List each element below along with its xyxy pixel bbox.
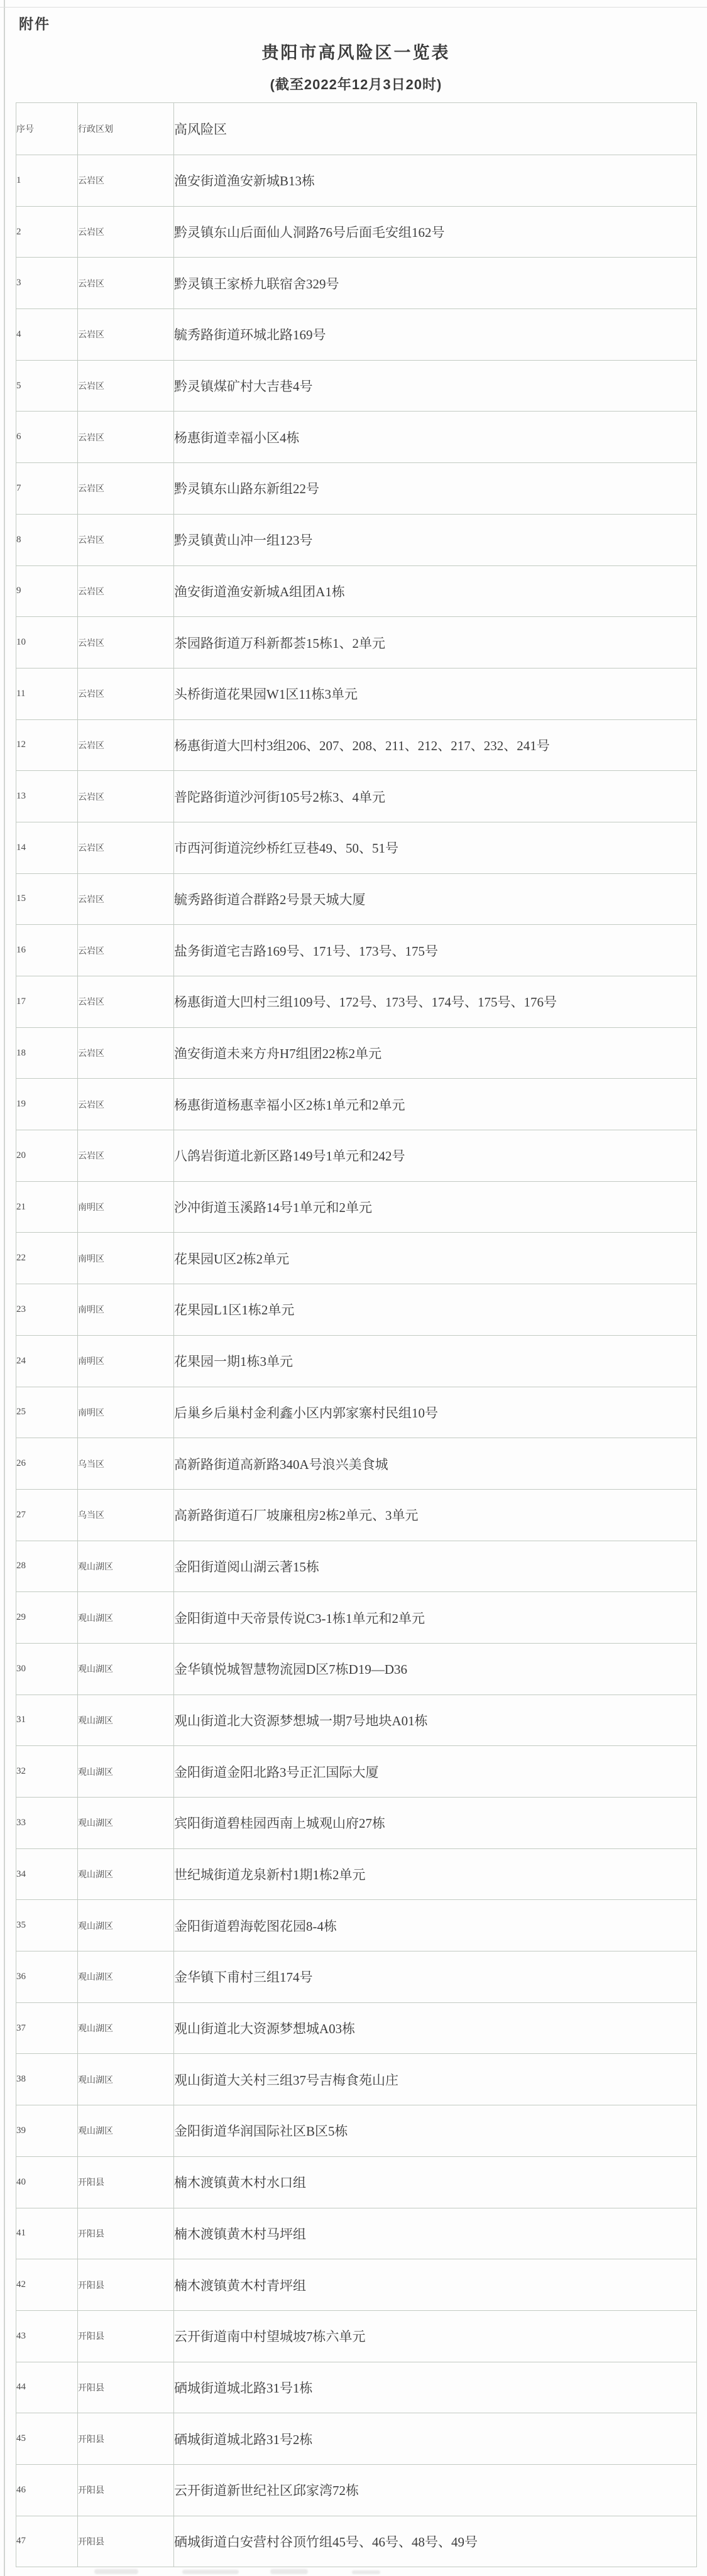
row-district-cell: 云岩区 [78, 668, 174, 719]
row-area-cell: 金阳街道华润国际社区B区5栋 [174, 2105, 697, 2157]
row-index-cell: 2 [16, 206, 78, 258]
table-row: 43开阳县云开街道南中村望城坡7栋六单元 [16, 2310, 697, 2362]
row-index-cell: 9 [16, 565, 78, 617]
row-index-cell: 14 [16, 822, 78, 873]
table-row: 47开阳县硒城街道白安营村谷顶竹组45号、46号、48号、49号 [16, 2516, 697, 2567]
row-district-cell: 云岩区 [78, 258, 174, 309]
table-row: 44开阳县硒城街道城北路31号1栋 [16, 2362, 697, 2413]
table-row: 39观山湖区金阳街道华润国际社区B区5栋 [16, 2105, 697, 2157]
table-row: 8云岩区黔灵镇黄山冲一组123号 [16, 514, 697, 565]
row-index-cell: 41 [16, 2208, 78, 2259]
column-header-district: 行政区划 [78, 103, 174, 155]
row-district-cell: 云岩区 [78, 565, 174, 617]
row-index-cell: 43 [16, 2310, 78, 2362]
row-index-cell: 22 [16, 1233, 78, 1284]
row-index-cell: 36 [16, 1951, 78, 2003]
row-area-cell: 世纪城街道龙泉新村1期1栋2单元 [174, 1848, 697, 1900]
row-district-cell: 云岩区 [78, 1079, 174, 1130]
row-area-cell: 金阳街道阅山湖云著15栋 [174, 1541, 697, 1592]
table-row: 11云岩区头桥街道花果园W1区11栋3单元 [16, 668, 697, 719]
row-district-cell: 南明区 [78, 1233, 174, 1284]
row-index-cell: 27 [16, 1489, 78, 1541]
table-row: 37观山湖区观山街道北大资源梦想城A03栋 [16, 2002, 697, 2054]
row-index-cell: 31 [16, 1695, 78, 1746]
row-area-cell: 高新路街道石厂坡廉租房2栋2单元、3单元 [174, 1489, 697, 1541]
row-index-cell: 5 [16, 360, 78, 412]
row-district-cell: 观山湖区 [78, 2054, 174, 2105]
row-district-cell: 开阳县 [78, 2413, 174, 2465]
row-area-cell: 渔安街道渔安新城B13栋 [174, 155, 697, 207]
row-district-cell: 南明区 [78, 1387, 174, 1438]
title-container: 贵阳市高风险区一览表 [16, 39, 696, 63]
table-row: 15云岩区毓秀路街道合群路2号景天城大厦 [16, 873, 697, 925]
table-row: 21南明区沙冲街道玉溪路14号1单元和2单元 [16, 1181, 697, 1233]
row-district-cell: 云岩区 [78, 976, 174, 1028]
row-index-cell: 32 [16, 1746, 78, 1798]
row-index-cell: 45 [16, 2413, 78, 2465]
table-row: 25南明区后巢乡后巢村金利鑫小区内郭家寨村民组10号 [16, 1387, 697, 1438]
row-district-cell: 云岩区 [78, 360, 174, 412]
table-row: 41开阳县楠木渡镇黄木村马坪组 [16, 2208, 697, 2259]
row-district-cell: 开阳县 [78, 2310, 174, 2362]
row-area-cell: 渔安街道未来方舟H7组团22栋2单元 [174, 1027, 697, 1079]
row-area-cell: 盐务街道宅吉路169号、171号、173号、175号 [174, 925, 697, 976]
row-area-cell: 宾阳街道碧桂园西南上城观山府27栋 [174, 1798, 697, 1849]
row-area-cell: 黔灵镇东山路东新组22号 [174, 463, 697, 515]
row-index-cell: 39 [16, 2105, 78, 2157]
table-header-row: 序号 行政区划 高风险区 [16, 103, 697, 155]
row-district-cell: 观山湖区 [78, 1900, 174, 1951]
column-header-index: 序号 [16, 103, 78, 155]
row-area-cell: 花果园U区2栋2单元 [174, 1233, 697, 1284]
row-index-cell: 24 [16, 1335, 78, 1387]
row-area-cell: 金华镇下甫村三组174号 [174, 1951, 697, 2003]
row-district-cell: 云岩区 [78, 206, 174, 258]
row-district-cell: 云岩区 [78, 155, 174, 207]
attachment-label: 附件 [19, 13, 50, 33]
row-area-cell: 金阳街道金阳北路3号正汇国际大厦 [174, 1746, 697, 1798]
row-index-cell: 40 [16, 2156, 78, 2208]
table-row: 27乌当区高新路街道石厂坡廉租房2栋2单元、3单元 [16, 1489, 697, 1541]
row-area-cell: 高新路街道高新路340A号浪兴美食城 [174, 1438, 697, 1490]
table-row: 38观山湖区观山街道大关村三组37号吉梅食苑山庄 [16, 2054, 697, 2105]
row-district-cell: 云岩区 [78, 412, 174, 463]
row-area-cell: 云开街道南中村望城坡7栋六单元 [174, 2310, 697, 2362]
row-district-cell: 云岩区 [78, 822, 174, 873]
table-row: 28观山湖区金阳街道阅山湖云著15栋 [16, 1541, 697, 1592]
row-area-cell: 杨惠街道大凹村三组109号、172号、173号、174号、175号、176号 [174, 976, 697, 1028]
row-index-cell: 28 [16, 1541, 78, 1592]
row-district-cell: 云岩区 [78, 617, 174, 669]
row-district-cell: 观山湖区 [78, 1746, 174, 1798]
row-area-cell: 后巢乡后巢村金利鑫小区内郭家寨村民组10号 [174, 1387, 697, 1438]
row-area-cell: 云开街道新世纪社区邱家湾72栋 [174, 2464, 697, 2516]
row-district-cell: 开阳县 [78, 2362, 174, 2413]
scan-artifact [182, 2570, 239, 2574]
row-index-cell: 15 [16, 873, 78, 925]
row-area-cell: 金华镇悦城智慧物流园D区7栋D19—D36 [174, 1643, 697, 1695]
row-index-cell: 42 [16, 2259, 78, 2311]
scan-artifact [270, 2569, 308, 2574]
row-district-cell: 云岩区 [78, 463, 174, 515]
row-index-cell: 33 [16, 1798, 78, 1849]
row-area-cell: 市西河街道浣纱桥红豆巷49、50、51号 [174, 822, 697, 873]
row-district-cell: 观山湖区 [78, 1643, 174, 1695]
row-district-cell: 云岩区 [78, 514, 174, 565]
row-district-cell: 观山湖区 [78, 2002, 174, 2054]
row-index-cell: 12 [16, 719, 78, 771]
page-top-divider [0, 7, 707, 8]
row-index-cell: 34 [16, 1848, 78, 1900]
row-district-cell: 云岩区 [78, 873, 174, 925]
table-row: 7云岩区黔灵镇东山路东新组22号 [16, 463, 697, 515]
row-index-cell: 18 [16, 1027, 78, 1079]
table-row: 30观山湖区金华镇悦城智慧物流园D区7栋D19—D36 [16, 1643, 697, 1695]
row-district-cell: 云岩区 [78, 719, 174, 771]
column-header-area: 高风险区 [174, 103, 697, 155]
row-district-cell: 云岩区 [78, 1027, 174, 1079]
row-index-cell: 21 [16, 1181, 78, 1233]
row-district-cell: 开阳县 [78, 2208, 174, 2259]
row-district-cell: 开阳县 [78, 2516, 174, 2567]
page-subtitle: (截至2022年12月3日20时) [270, 77, 442, 92]
row-district-cell: 观山湖区 [78, 1592, 174, 1644]
high-risk-area-table: 序号 行政区划 高风险区 1云岩区渔安街道渔安新城B13栋2云岩区黔灵镇东山后面… [16, 102, 697, 2567]
row-area-cell: 硒城街道城北路31号2栋 [174, 2413, 697, 2465]
row-area-cell: 黔灵镇煤矿村大吉巷4号 [174, 360, 697, 412]
table-row: 2云岩区黔灵镇东山后面仙人洞路76号后面毛安组162号 [16, 206, 697, 258]
table-row: 4云岩区毓秀路街道环城北路169号 [16, 309, 697, 361]
row-index-cell: 44 [16, 2362, 78, 2413]
row-area-cell: 花果园L1区1栋2单元 [174, 1284, 697, 1336]
row-index-cell: 35 [16, 1900, 78, 1951]
table-row: 19云岩区杨惠街道杨惠幸福小区2栋1单元和2单元 [16, 1079, 697, 1130]
table-row: 23南明区花果园L1区1栋2单元 [16, 1284, 697, 1336]
row-district-cell: 观山湖区 [78, 1951, 174, 2003]
row-index-cell: 26 [16, 1438, 78, 1490]
row-index-cell: 1 [16, 155, 78, 207]
row-district-cell: 观山湖区 [78, 1541, 174, 1592]
table-row: 33观山湖区宾阳街道碧桂园西南上城观山府27栋 [16, 1798, 697, 1849]
row-index-cell: 16 [16, 925, 78, 976]
row-index-cell: 13 [16, 771, 78, 822]
row-district-cell: 云岩区 [78, 309, 174, 361]
table-row: 40开阳县楠木渡镇黄木村水口组 [16, 2156, 697, 2208]
table-row: 24南明区花果园一期1栋3单元 [16, 1335, 697, 1387]
risk-table-body: 1云岩区渔安街道渔安新城B13栋2云岩区黔灵镇东山后面仙人洞路76号后面毛安组1… [16, 155, 697, 2567]
row-area-cell: 金阳街道碧海乾图花园8-4栋 [174, 1900, 697, 1951]
table-row: 31观山湖区观山街道北大资源梦想城一期7号地块A01栋 [16, 1695, 697, 1746]
row-area-cell: 八鸽岩街道北新区路149号1单元和242号 [174, 1130, 697, 1182]
page-left-edge-line [4, 0, 5, 2576]
scan-artifact [352, 2570, 380, 2574]
table-row: 42开阳县楠木渡镇黄木村青坪组 [16, 2259, 697, 2311]
table-row: 17云岩区杨惠街道大凹村三组109号、172号、173号、174号、175号、1… [16, 976, 697, 1028]
row-area-cell: 头桥街道花果园W1区11栋3单元 [174, 668, 697, 719]
row-area-cell: 黔灵镇黄山冲一组123号 [174, 514, 697, 565]
row-area-cell: 观山街道大关村三组37号吉梅食苑山庄 [174, 2054, 697, 2105]
row-district-cell: 观山湖区 [78, 2105, 174, 2157]
row-index-cell: 20 [16, 1130, 78, 1182]
row-district-cell: 开阳县 [78, 2464, 174, 2516]
row-area-cell: 茶园路街道万科新都荟15栋1、2单元 [174, 617, 697, 669]
row-district-cell: 观山湖区 [78, 1848, 174, 1900]
row-district-cell: 开阳县 [78, 2259, 174, 2311]
table-row: 9云岩区渔安街道渔安新城A组团A1栋 [16, 565, 697, 617]
table-row: 22南明区花果园U区2栋2单元 [16, 1233, 697, 1284]
row-area-cell: 毓秀路街道合群路2号景天城大厦 [174, 873, 697, 925]
row-district-cell: 南明区 [78, 1335, 174, 1387]
row-index-cell: 47 [16, 2516, 78, 2567]
row-index-cell: 19 [16, 1079, 78, 1130]
row-district-cell: 观山湖区 [78, 1695, 174, 1746]
row-district-cell: 南明区 [78, 1284, 174, 1336]
row-area-cell: 杨惠街道幸福小区4栋 [174, 412, 697, 463]
row-area-cell: 花果园一期1栋3单元 [174, 1335, 697, 1387]
table-row: 12云岩区杨惠街道大凹村3组206、207、208、211、212、217、23… [16, 719, 697, 771]
row-index-cell: 6 [16, 412, 78, 463]
row-area-cell: 沙冲街道玉溪路14号1单元和2单元 [174, 1181, 697, 1233]
table-row: 16云岩区盐务街道宅吉路169号、171号、173号、175号 [16, 925, 697, 976]
table-row: 34观山湖区世纪城街道龙泉新村1期1栋2单元 [16, 1848, 697, 1900]
row-area-cell: 硒城街道白安营村谷顶竹组45号、46号、48号、49号 [174, 2516, 697, 2567]
row-district-cell: 云岩区 [78, 925, 174, 976]
row-area-cell: 杨惠街道大凹村3组206、207、208、211、212、217、232、241… [174, 719, 697, 771]
row-index-cell: 10 [16, 617, 78, 669]
row-area-cell: 黔灵镇东山后面仙人洞路76号后面毛安组162号 [174, 206, 697, 258]
row-district-cell: 乌当区 [78, 1438, 174, 1490]
table-row: 32观山湖区金阳街道金阳北路3号正汇国际大厦 [16, 1746, 697, 1798]
row-area-cell: 观山街道北大资源梦想城A03栋 [174, 2002, 697, 2054]
table-row: 1云岩区渔安街道渔安新城B13栋 [16, 155, 697, 207]
row-area-cell: 黔灵镇王家桥九联宿舍329号 [174, 258, 697, 309]
row-index-cell: 30 [16, 1643, 78, 1695]
row-area-cell: 楠木渡镇黄木村马坪组 [174, 2208, 697, 2259]
row-index-cell: 46 [16, 2464, 78, 2516]
row-area-cell: 金阳街道中天帝景传说C3-1栋1单元和2单元 [174, 1592, 697, 1644]
row-area-cell: 毓秀路街道环城北路169号 [174, 309, 697, 361]
table-row: 35观山湖区金阳街道碧海乾图花园8-4栋 [16, 1900, 697, 1951]
row-area-cell: 普陀路街道沙河街105号2栋3、4单元 [174, 771, 697, 822]
table-row: 3云岩区黔灵镇王家桥九联宿舍329号 [16, 258, 697, 309]
page-title: 贵阳市高风险区一览表 [262, 43, 451, 62]
row-index-cell: 17 [16, 976, 78, 1028]
row-area-cell: 渔安街道渔安新城A组团A1栋 [174, 565, 697, 617]
row-district-cell: 观山湖区 [78, 1798, 174, 1849]
row-area-cell: 杨惠街道杨惠幸福小区2栋1单元和2单元 [174, 1079, 697, 1130]
row-index-cell: 8 [16, 514, 78, 565]
row-district-cell: 开阳县 [78, 2156, 174, 2208]
row-district-cell: 南明区 [78, 1181, 174, 1233]
row-index-cell: 29 [16, 1592, 78, 1644]
row-area-cell: 楠木渡镇黄木村青坪组 [174, 2259, 697, 2311]
row-area-cell: 观山街道北大资源梦想城一期7号地块A01栋 [174, 1695, 697, 1746]
table-row: 5云岩区黔灵镇煤矿村大吉巷4号 [16, 360, 697, 412]
table-row: 13云岩区普陀路街道沙河街105号2栋3、4单元 [16, 771, 697, 822]
row-index-cell: 7 [16, 463, 78, 515]
table-row: 14云岩区市西河街道浣纱桥红豆巷49、50、51号 [16, 822, 697, 873]
table-row: 26乌当区高新路街道高新路340A号浪兴美食城 [16, 1438, 697, 1490]
row-index-cell: 23 [16, 1284, 78, 1336]
subtitle-container: (截至2022年12月3日20时) [16, 74, 696, 94]
table-row: 6云岩区杨惠街道幸福小区4栋 [16, 412, 697, 463]
row-district-cell: 乌当区 [78, 1489, 174, 1541]
table-row: 10云岩区茶园路街道万科新都荟15栋1、2单元 [16, 617, 697, 669]
row-area-cell: 楠木渡镇黄木村水口组 [174, 2156, 697, 2208]
row-area-cell: 硒城街道城北路31号1栋 [174, 2362, 697, 2413]
scan-artifact [94, 2569, 138, 2574]
row-index-cell: 3 [16, 258, 78, 309]
row-index-cell: 25 [16, 1387, 78, 1438]
table-row: 45开阳县硒城街道城北路31号2栋 [16, 2413, 697, 2465]
table-row: 20云岩区八鸽岩街道北新区路149号1单元和242号 [16, 1130, 697, 1182]
row-index-cell: 11 [16, 668, 78, 719]
table-row: 46开阳县云开街道新世纪社区邱家湾72栋 [16, 2464, 697, 2516]
row-district-cell: 云岩区 [78, 771, 174, 822]
table-row: 29观山湖区金阳街道中天帝景传说C3-1栋1单元和2单元 [16, 1592, 697, 1644]
row-index-cell: 37 [16, 2002, 78, 2054]
table-row: 36观山湖区金华镇下甫村三组174号 [16, 1951, 697, 2003]
table-row: 18云岩区渔安街道未来方舟H7组团22栋2单元 [16, 1027, 697, 1079]
row-district-cell: 云岩区 [78, 1130, 174, 1182]
row-index-cell: 4 [16, 309, 78, 361]
row-index-cell: 38 [16, 2054, 78, 2105]
